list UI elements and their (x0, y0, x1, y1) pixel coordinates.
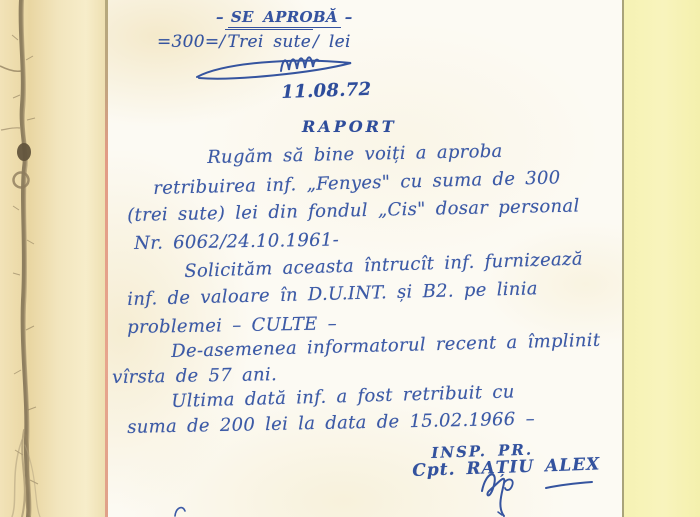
heading-dash-left: – (212, 8, 228, 26)
binding-strip (0, 0, 105, 517)
approved-amount-line: =300=/Trei sute/ lei (157, 32, 351, 52)
amount-currency: / lei (313, 32, 351, 52)
approval-date: 11.08.72 (281, 79, 372, 103)
heading-dash-right: – (341, 8, 357, 26)
body-line: problemei – CULTE – (127, 313, 337, 338)
document-title: RAPORT (302, 117, 397, 136)
amount-in-words: Trei sute (225, 29, 313, 52)
binding-thread-icon (0, 0, 105, 517)
amount-numeric: =300=/ (157, 32, 225, 52)
body-line: vîrsta de 57 ani. (112, 364, 277, 388)
scanned-archive-document: –SE APROBĂ– =300=/Trei sute/ lei 11.08.7… (0, 0, 700, 517)
body-line: Nr. 6062/24.10.1961- (134, 229, 339, 254)
page-edge-line (105, 0, 108, 517)
cutoff-mark-icon (173, 502, 189, 517)
approval-heading: –SE APROBĂ– (212, 8, 357, 26)
underlying-page-strip (622, 0, 700, 517)
officer-signature-icon (468, 463, 618, 517)
approval-heading-text: SE APROBĂ (228, 8, 341, 28)
